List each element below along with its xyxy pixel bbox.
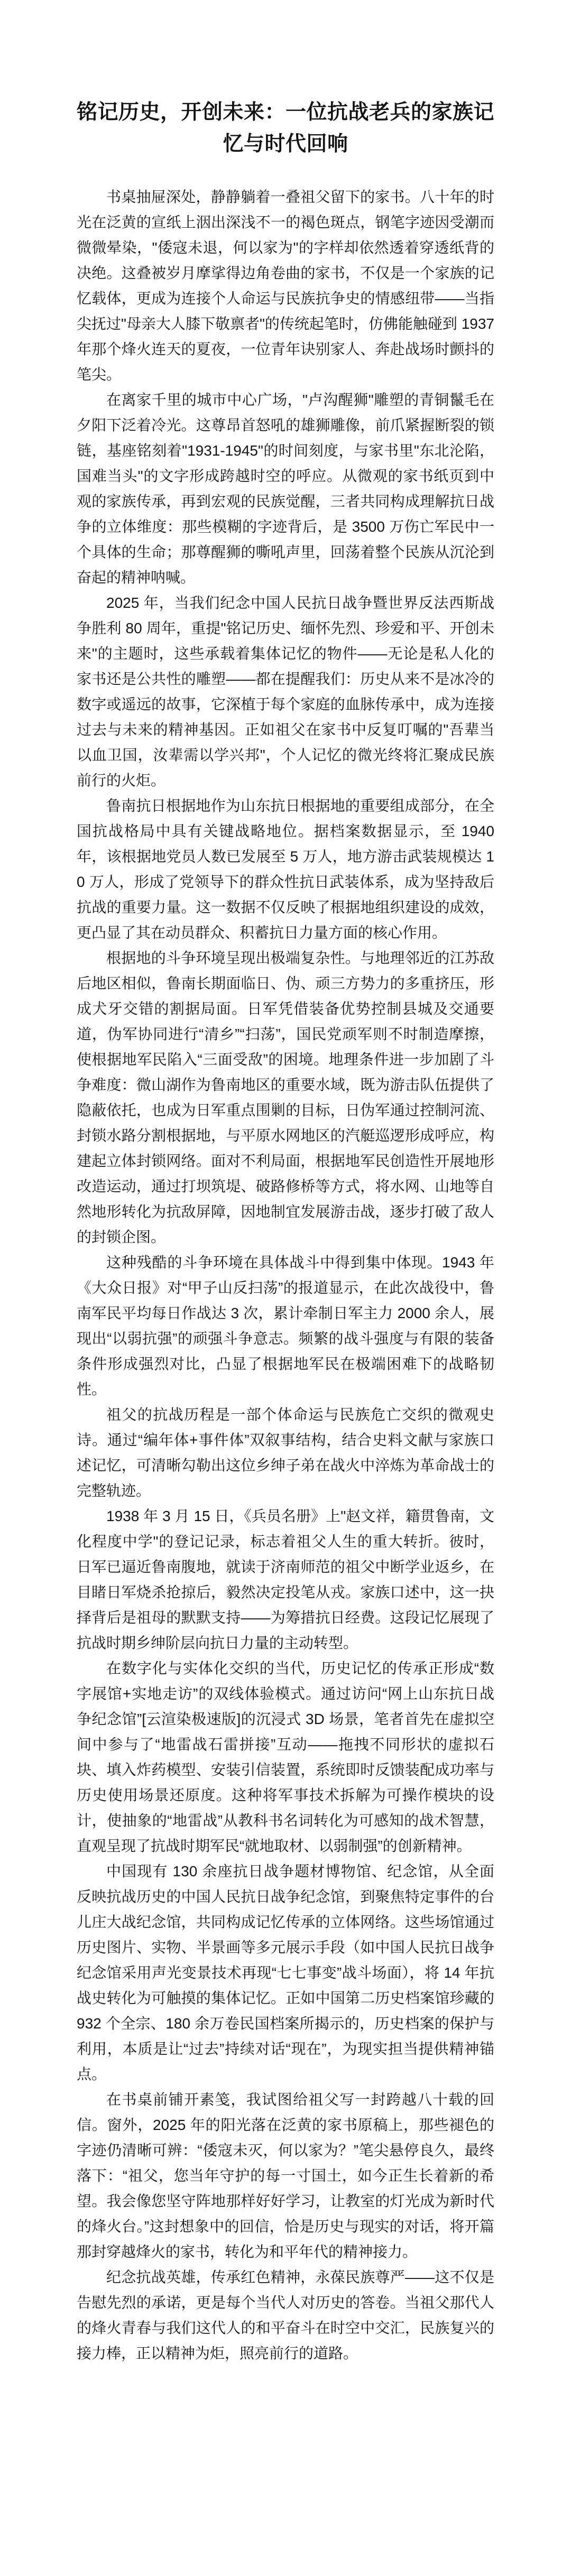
article-paragraph: 中国现有 130 余座抗日战争题材博物馆、纪念馆，从全面反映抗战历史的中国人民抗… bbox=[77, 1859, 494, 2087]
article-body: 书桌抽屉深处，静静躺着一叠祖父留下的家书。八十年的时光在泛黄的宣纸上洇出深浅不一… bbox=[77, 184, 494, 2366]
article-paragraph: 祖父的抗战历程是一部个体命运与民族危亡交织的微观史诗。通过“编年体+事件体”双叙… bbox=[77, 1402, 494, 1504]
document-page: 铭记历史，开创未来：一位抗战老兵的家族记忆与时代回响 书桌抽屉深处，静静躺着一叠… bbox=[0, 0, 571, 2576]
article-paragraph: 2025 年，当我们纪念中国人民抗日战争暨世界反法西斯战争胜利 80 周年，重提… bbox=[77, 590, 494, 793]
article-paragraph: 鲁南抗日根据地作为山东抗日根据地的重要组成部分，在全国抗战格局中具有关键战略地位… bbox=[77, 793, 494, 946]
article-paragraph: 在数字化与实体化交织的当代，历史记忆的传承正形成“数字展馆+实地走访”的双线体验… bbox=[77, 1656, 494, 1859]
article-paragraph: 这种残酷的斗争环境在具体战斗中得到集中体现。1943 年《大众日报》对“甲子山反… bbox=[77, 1250, 494, 1402]
article-paragraph: 根据地的斗争环境呈现出极端复杂性。与地理邻近的江苏敌后地区相似，鲁南长期面临日、… bbox=[77, 946, 494, 1250]
article-paragraph: 在离家千里的城市中心广场，"卢沟醒狮"雕塑的青铜鬣毛在夕阳下泛着冷光。这尊昂首怒… bbox=[77, 387, 494, 590]
article-paragraph: 纪念抗战英雄，传承红色精神，永葆民族尊严——这不仅是告慰先烈的承诺，更是每个当代… bbox=[77, 2265, 494, 2366]
article-paragraph: 在书桌前铺开素笺，我试图给祖父写一封跨越八十载的回信。窗外，2025 年的阳光落… bbox=[77, 2087, 494, 2265]
article-paragraph: 1938 年 3 月 15 日，《兵员名册》上"赵文祥，籍贯鲁南，文化程度中学"… bbox=[77, 1504, 494, 1656]
document-title: 铭记历史，开创未来：一位抗战老兵的家族记忆与时代回响 bbox=[77, 97, 494, 160]
article-paragraph: 书桌抽屉深处，静静躺着一叠祖父留下的家书。八十年的时光在泛黄的宣纸上洇出深浅不一… bbox=[77, 184, 494, 387]
